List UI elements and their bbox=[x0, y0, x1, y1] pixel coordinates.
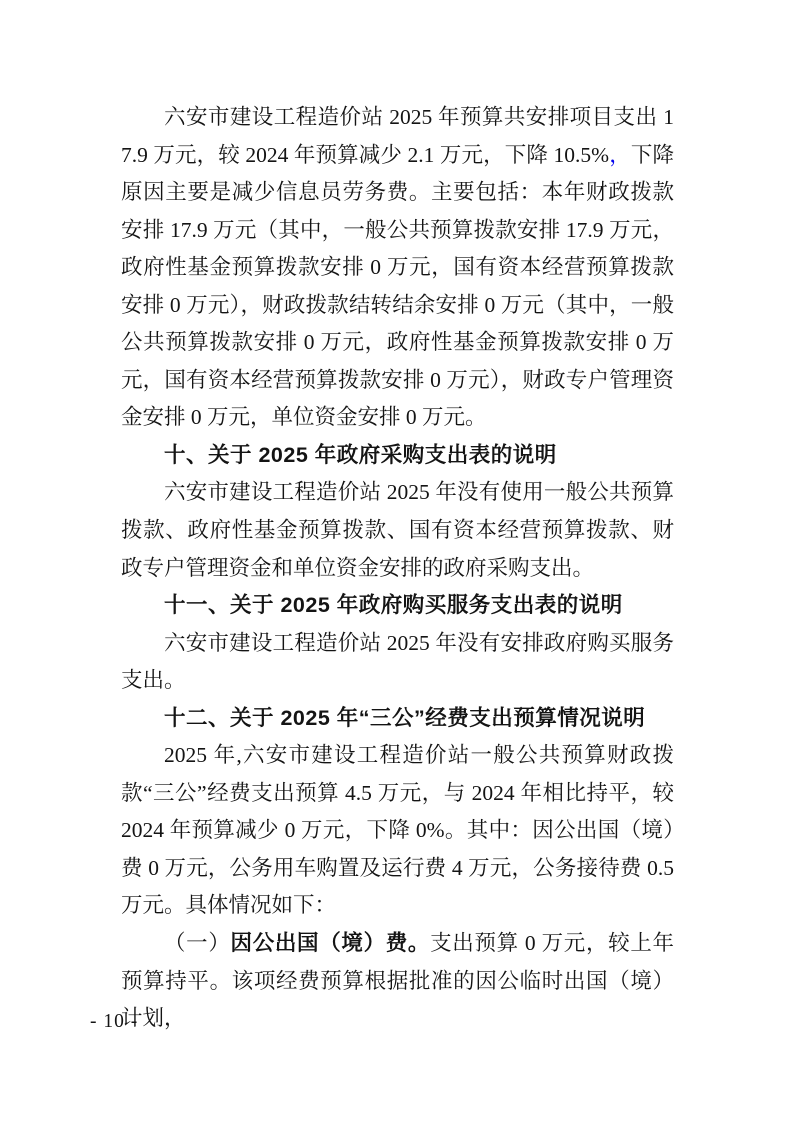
blue-comma: ， bbox=[609, 143, 631, 167]
paragraph: 六安市建设工程造价站 2025 年没有使用一般公共预算拨款、政府性基金预算拨款、… bbox=[121, 474, 674, 587]
page-number: - 10 - bbox=[90, 1009, 138, 1035]
paragraph: （一）因公出国（境）费。支出预算 0 万元，较上年预算持平。该项经费预算根据批准… bbox=[121, 925, 674, 1038]
paragraph: 六安市建设工程造价站 2025 年没有安排政府购买服务支出。 bbox=[121, 625, 674, 700]
section-heading: 十二、关于 2025 年“三公”经费支出预算情况说明 bbox=[121, 700, 674, 738]
bold-text-segment: 因公出国（境）费。 bbox=[231, 931, 431, 955]
section-heading: 十、关于 2025 年政府采购支出表的说明 bbox=[121, 437, 674, 475]
text-segment: 下降原因主要是减少信息员劳务费。主要包括：本年财政拨款安排 17.9 万元（其中… bbox=[121, 143, 674, 430]
text-segment: 2025 年,六安市建设工程造价站一般公共预算财政拨款“三公”经费支出预算 4.… bbox=[121, 743, 674, 917]
text-segment: 六安市建设工程造价站 2025 年没有安排政府购买服务支出。 bbox=[121, 631, 674, 693]
text-segment: 十一、关于 2025 年政府购买服务支出表的说明 bbox=[164, 593, 623, 617]
paragraph: 2025 年,六安市建设工程造价站一般公共预算财政拨款“三公”经费支出预算 4.… bbox=[121, 737, 674, 925]
text-segment: 十、关于 2025 年政府采购支出表的说明 bbox=[164, 443, 557, 467]
section-heading: 十一、关于 2025 年政府购买服务支出表的说明 bbox=[121, 587, 674, 625]
text-segment: （一） bbox=[164, 931, 231, 955]
text-segment: 六安市建设工程造价站 2025 年没有使用一般公共预算拨款、政府性基金预算拨款、… bbox=[121, 480, 674, 579]
text-segment: 六安市建设工程造价站 2025 年预算共安排项目支出 17.9 万元，较 202… bbox=[121, 105, 674, 167]
paragraph: 六安市建设工程造价站 2025 年预算共安排项目支出 17.9 万元，较 202… bbox=[121, 99, 674, 437]
document-body: 六安市建设工程造价站 2025 年预算共安排项目支出 17.9 万元，较 202… bbox=[121, 99, 674, 1038]
text-segment: 十二、关于 2025 年“三公”经费支出预算情况说明 bbox=[164, 706, 645, 730]
document-page: 六安市建设工程造价站 2025 年预算共安排项目支出 17.9 万元，较 202… bbox=[0, 0, 793, 1122]
